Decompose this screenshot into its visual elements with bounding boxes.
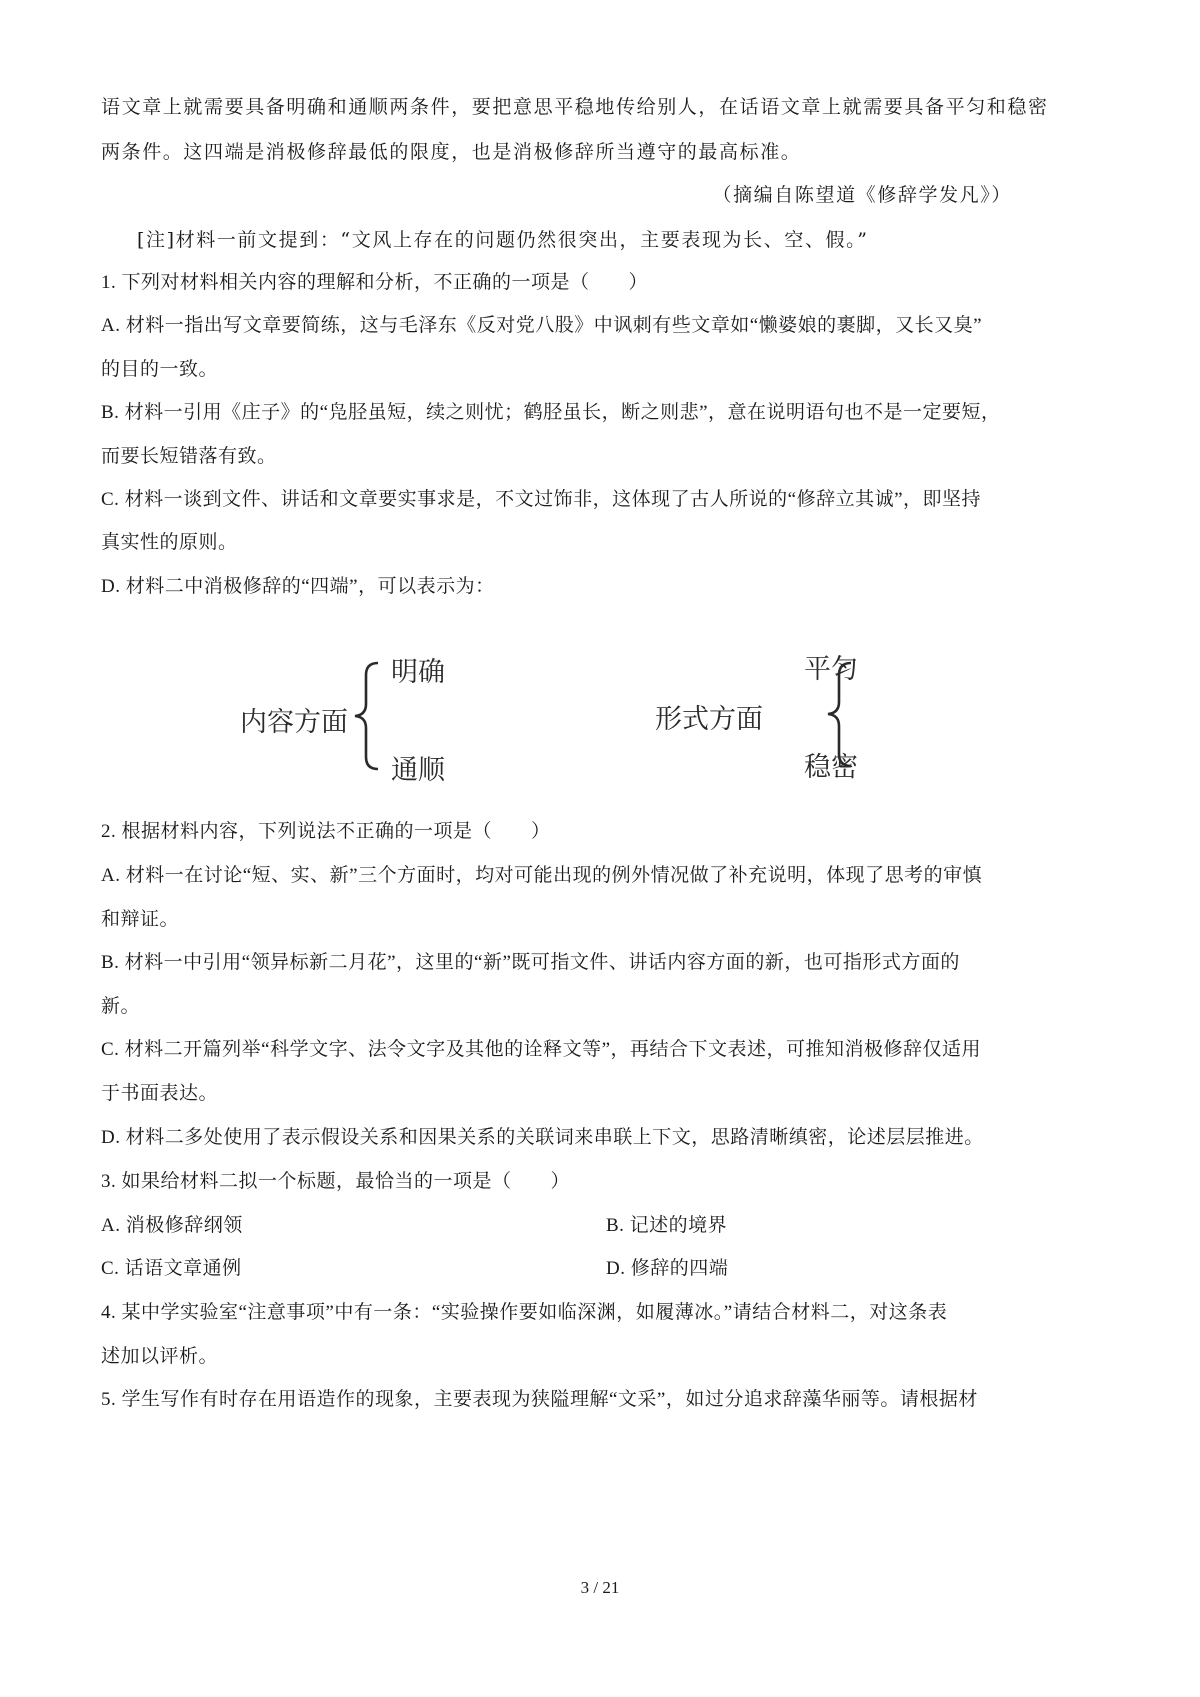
diagram-item-mingque: 明确: [391, 650, 445, 689]
question-5-stem: 5. 学生写作有时存在用语造作的现象，主要表现为狭隘理解“文采”，如过分追求辞藻…: [101, 1388, 978, 1412]
question-2-option-d: D. 材料二多处使用了表示假设关系和因果关系的关联词来串联上下文，思路清晰缜密，…: [101, 1126, 984, 1150]
diagram-group-content-label: 内容方面: [240, 700, 348, 739]
question-2-option-b-cont: 新。: [101, 995, 140, 1019]
question-1-stem: 1. 下列对材料相关内容的理解和分析，不正确的一项是（ ）: [101, 271, 648, 295]
diagram-group-form-label: 形式方面: [655, 697, 763, 736]
question-4-stem: 4. 某中学实验室“注意事项”中有一条：“实验操作要如临深渊，如履薄冰。”请结合…: [101, 1301, 947, 1325]
diagram-item-wenmi: 稳密: [804, 745, 858, 784]
question-3-stem: 3. 如果给材料二拟一个标题，最恰当的一项是（ ）: [101, 1170, 570, 1194]
left-curly-brace-icon: [0, 0, 1200, 1697]
passage-source: （摘编自陈望道《修辞学发凡》）: [712, 183, 1012, 207]
question-3-option-d: D. 修辞的四端: [606, 1257, 728, 1281]
question-3-option-b: B. 记述的境界: [606, 1214, 727, 1238]
question-1-option-b: B. 材料一引用《庄子》的“凫胫虽短，续之则忧；鹤胫虽长，断之则悲”，意在说明语…: [101, 401, 1001, 425]
question-2-option-a-cont: 和辩证。: [101, 908, 179, 932]
question-2-option-c-cont: 于书面表达。: [101, 1082, 218, 1106]
question-1-option-a: A. 材料一指出写文章要简练，这与毛泽东《反对党八股》中讽刺有些文章如“懒婆娘的…: [101, 314, 982, 338]
question-3-option-c: C. 话语文章通例: [101, 1257, 242, 1281]
question-2-stem: 2. 根据材料内容，下列说法不正确的一项是（ ）: [101, 820, 551, 844]
question-2-option-a: A. 材料一在讨论“短、实、新”三个方面时，均对可能出现的例外情况做了补充说明，…: [101, 864, 982, 888]
question-1-option-c-cont: 真实性的原则。: [101, 531, 238, 555]
diagram-item-tongshun: 通顺: [391, 748, 445, 787]
question-1-option-c: C. 材料一谈到文件、讲话和文章要实事求是，不文过饰非，这体现了古人所说的“修辞…: [101, 488, 981, 512]
question-1-option-b-cont: 而要长短错落有致。: [101, 445, 277, 469]
question-1-option-a-cont: 的目的一致。: [101, 358, 218, 382]
question-3-option-a: A. 消极修辞纲领: [101, 1214, 243, 1238]
page-number: 3 / 21: [0, 1578, 1200, 1598]
question-2-option-c: C. 材料二开篇列举“科学文字、法令文字及其他的诠释文等”，再结合下文表述，可推…: [101, 1038, 981, 1062]
question-4-stem-cont: 述加以评析。: [101, 1345, 218, 1369]
diagram-item-pingyun: 平匀: [804, 647, 858, 686]
question-2-option-b: B. 材料一中引用“领异标新二月花”，这里的“新”既可指文件、讲话内容方面的新，…: [101, 951, 960, 975]
question-1-option-d: D. 材料二中消极修辞的“四端”，可以表示为：: [101, 575, 495, 599]
passage-line: 语文章上就需要具备明确和通顺两条件，要把意思平稳地传给别人，在话语文章上就需要具…: [101, 95, 1049, 119]
passage-note: [注]材料一前文提到：“文风上存在的问题仍然很突出，主要表现为长、空、假。”: [137, 228, 869, 252]
passage-line: 两条件。这四端是消极修辞最低的限度，也是消极修辞所当遵守的最高标准。: [101, 140, 801, 164]
